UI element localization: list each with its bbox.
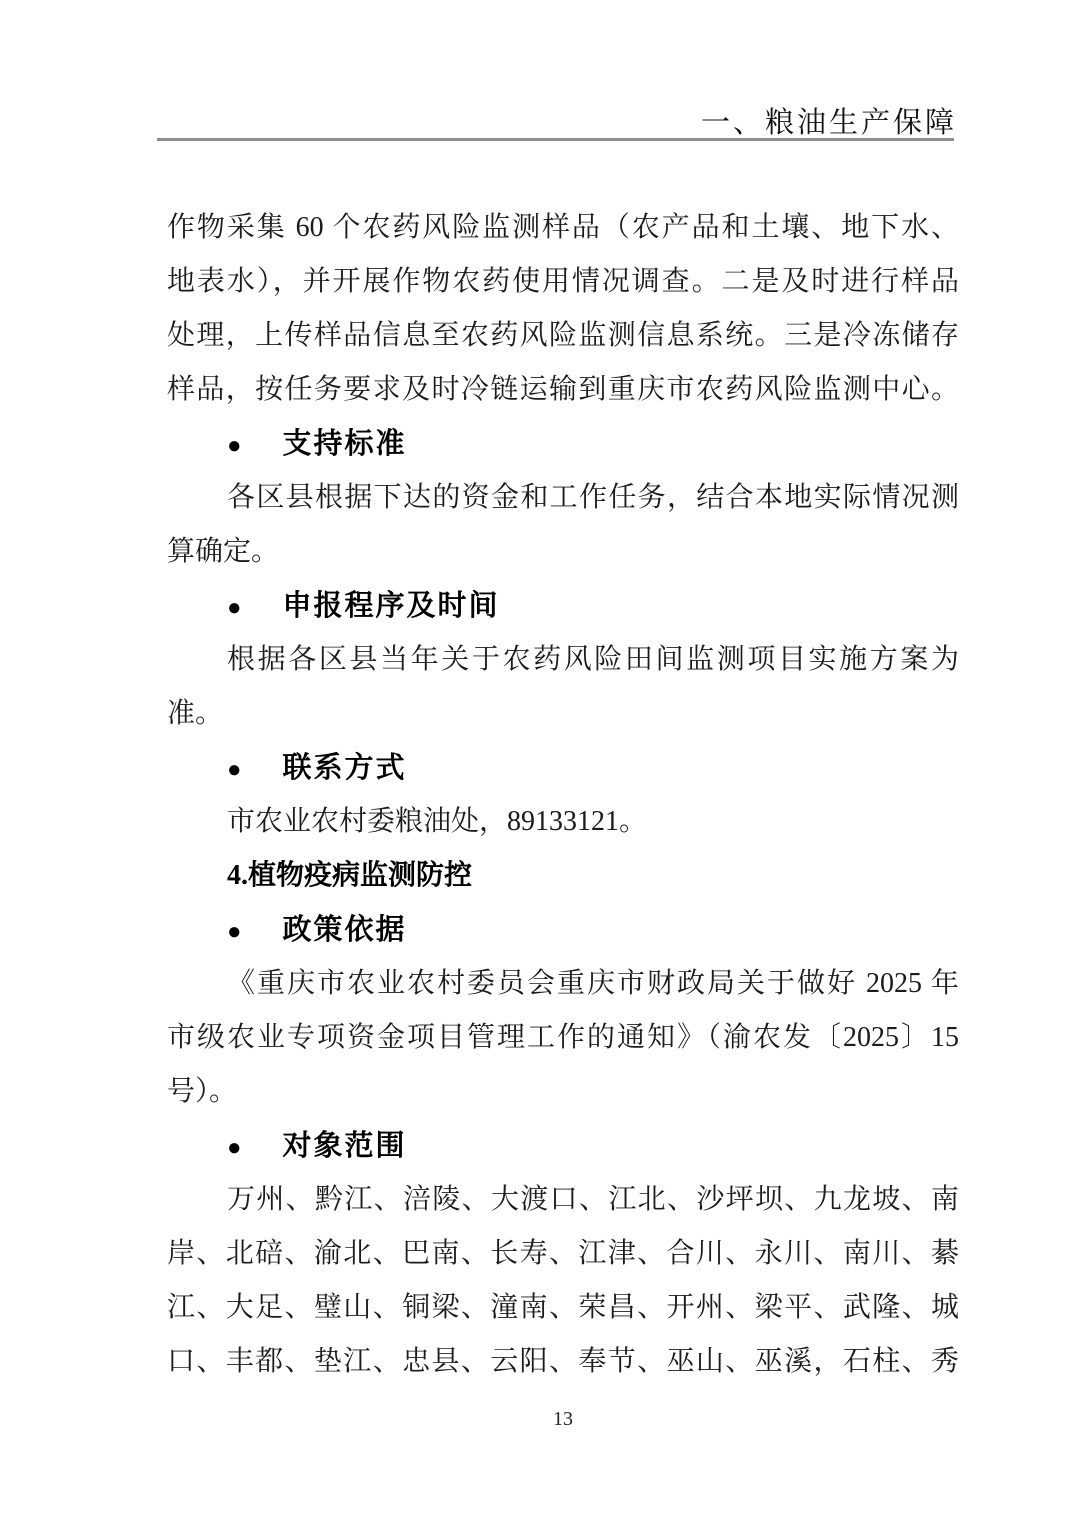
- paragraph-line: 《重庆市农业农村委员会重庆市财政局关于做好 2025 年: [167, 957, 959, 1011]
- bullet-heading-label: 支持标准: [283, 428, 407, 460]
- bullet-icon: ●: [227, 905, 242, 957]
- paragraph-line: 江、大足、璧山、铜梁、潼南、荣昌、开州、梁平、武隆、城: [167, 1281, 959, 1335]
- bullet-heading-label: 对象范围: [283, 1130, 407, 1162]
- paragraph-line: 样品，按任务要求及时冷链运输到重庆市农药风险监测中心。: [167, 363, 959, 417]
- paragraph-line: 各区县根据下达的资金和工作任务，结合本地实际情况测: [167, 471, 959, 525]
- section-header: 一、粮油生产保障: [701, 100, 957, 141]
- paragraph-line: 处理，上传样品信息至农药风险监测信息系统。三是冷冻储存: [167, 309, 959, 363]
- paragraph-line: 作物采集 60 个农药风险监测样品（农产品和土壤、地下水、: [167, 201, 959, 255]
- document-body: 作物采集 60 个农药风险监测样品（农产品和土壤、地下水、 地表水），并开展作物…: [167, 201, 959, 1389]
- bullet-heading-label: 政策依据: [283, 914, 407, 946]
- paragraph-line: 地表水），并开展作物农药使用情况调查。二是及时进行样品: [167, 255, 959, 309]
- bullet-icon: ●: [227, 1121, 242, 1173]
- bullet-icon: ●: [227, 419, 242, 471]
- paragraph-line: 市级农业专项资金项目管理工作的通知》（渝农发〔2025〕15: [167, 1011, 959, 1065]
- bullet-heading-contact-info: ● 联系方式: [167, 741, 959, 795]
- bullet-heading-target-scope: ● 对象范围: [167, 1119, 959, 1173]
- document-page: 一、粮油生产保障 作物采集 60 个农药风险监测样品（农产品和土壤、地下水、 地…: [0, 0, 1074, 1520]
- bullet-icon: ●: [227, 581, 242, 633]
- paragraph-line: 号）。: [167, 1065, 959, 1119]
- bullet-heading-label: 联系方式: [283, 752, 407, 784]
- header-divider: [157, 138, 954, 141]
- paragraph-line: 根据各区县当年关于农药风险田间监测项目实施方案为: [167, 633, 959, 687]
- page-footer: 13: [167, 1408, 959, 1431]
- bullet-heading-label: 申报程序及时间: [283, 590, 500, 622]
- paragraph-line: 岸、北碚、渝北、巴南、长寿、江津、合川、永川、南川、綦: [167, 1227, 959, 1281]
- paragraph-line: 口、丰都、垫江、忠县、云阳、奉节、巫山、巫溪，石柱、秀: [167, 1335, 959, 1389]
- bullet-icon: ●: [227, 743, 242, 795]
- numbered-section-heading: 4.植物疫病监测防控: [167, 849, 959, 903]
- paragraph-line: 准。: [167, 687, 959, 741]
- bullet-heading-support-standard: ● 支持标准: [167, 417, 959, 471]
- bullet-heading-application-procedure: ● 申报程序及时间: [167, 579, 959, 633]
- bullet-heading-policy-basis: ● 政策依据: [167, 903, 959, 957]
- paragraph-line: 市农业农村委粮油处，89133121。: [167, 795, 959, 849]
- page-number: 13: [553, 1408, 573, 1430]
- paragraph-line: 万州、黔江、涪陵、大渡口、江北、沙坪坝、九龙坡、南: [167, 1173, 959, 1227]
- paragraph-line: 算确定。: [167, 525, 959, 579]
